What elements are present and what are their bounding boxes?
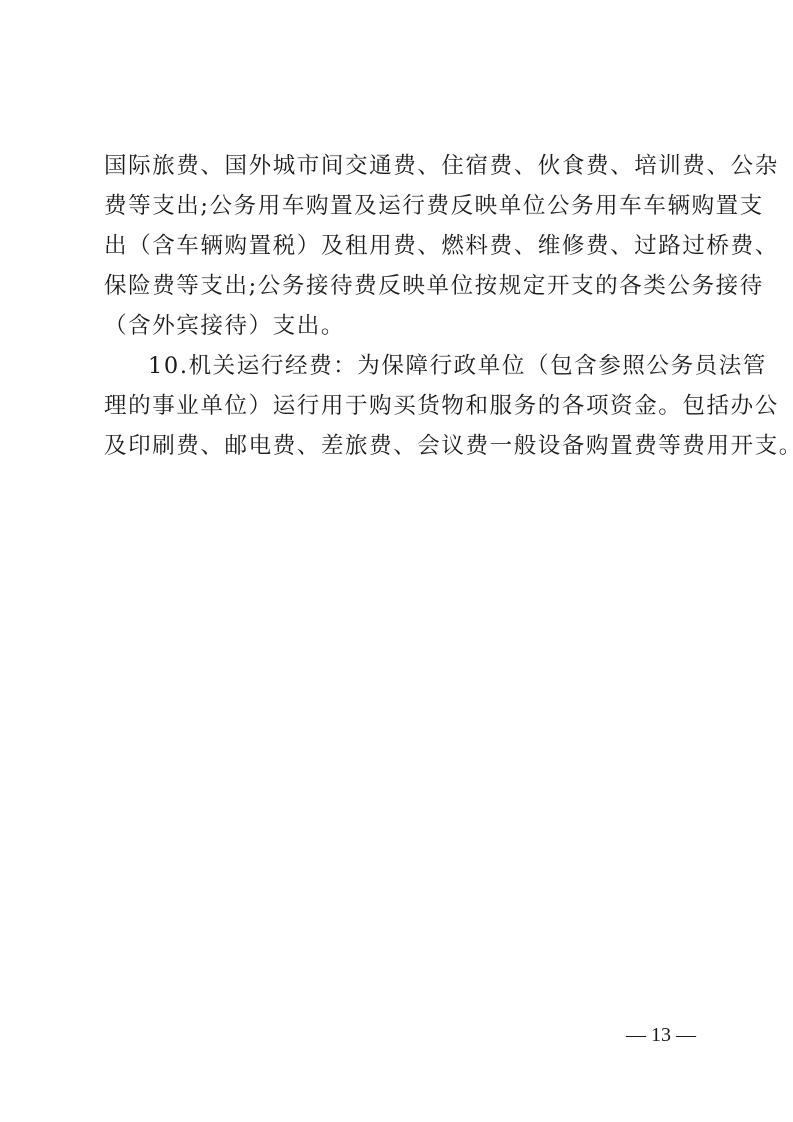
paragraph-expense-details: 国际旅费、国外城市间交通费、住宿费、伙食费、培训费、公杂 费等支出;公务用车购置… bbox=[104, 146, 692, 346]
document-page: 国际旅费、国外城市间交通费、住宿费、伙食费、培训费、公杂 费等支出;公务用车购置… bbox=[104, 146, 692, 466]
text-line: 10.机关运行经费：为保障行政单位（包含参照公务员法管 bbox=[104, 346, 692, 386]
text-line: 费等支出;公务用车购置及运行费反映单位公务用车车辆购置支 bbox=[104, 186, 692, 226]
text-line: 国际旅费、国外城市间交通费、住宿费、伙食费、培训费、公杂 bbox=[104, 146, 692, 186]
text-line: 出（含车辆购置税）及租用费、燃料费、维修费、过路过桥费、 bbox=[104, 226, 692, 266]
text-line: 及印刷费、邮电费、差旅费、会议费一般设备购置费等费用开支。 bbox=[104, 426, 692, 466]
text-line: 理的事业单位）运行用于购买货物和服务的各项资金。包括办公 bbox=[104, 386, 692, 426]
page-number: — 13 — bbox=[626, 1022, 696, 1048]
paragraph-operating-expenses: 10.机关运行经费：为保障行政单位（包含参照公务员法管 理的事业单位）运行用于购… bbox=[104, 346, 692, 466]
text-line: 保险费等支出;公务接待费反映单位按规定开支的各类公务接待 bbox=[104, 266, 692, 306]
text-line: （含外宾接待）支出。 bbox=[104, 306, 692, 346]
